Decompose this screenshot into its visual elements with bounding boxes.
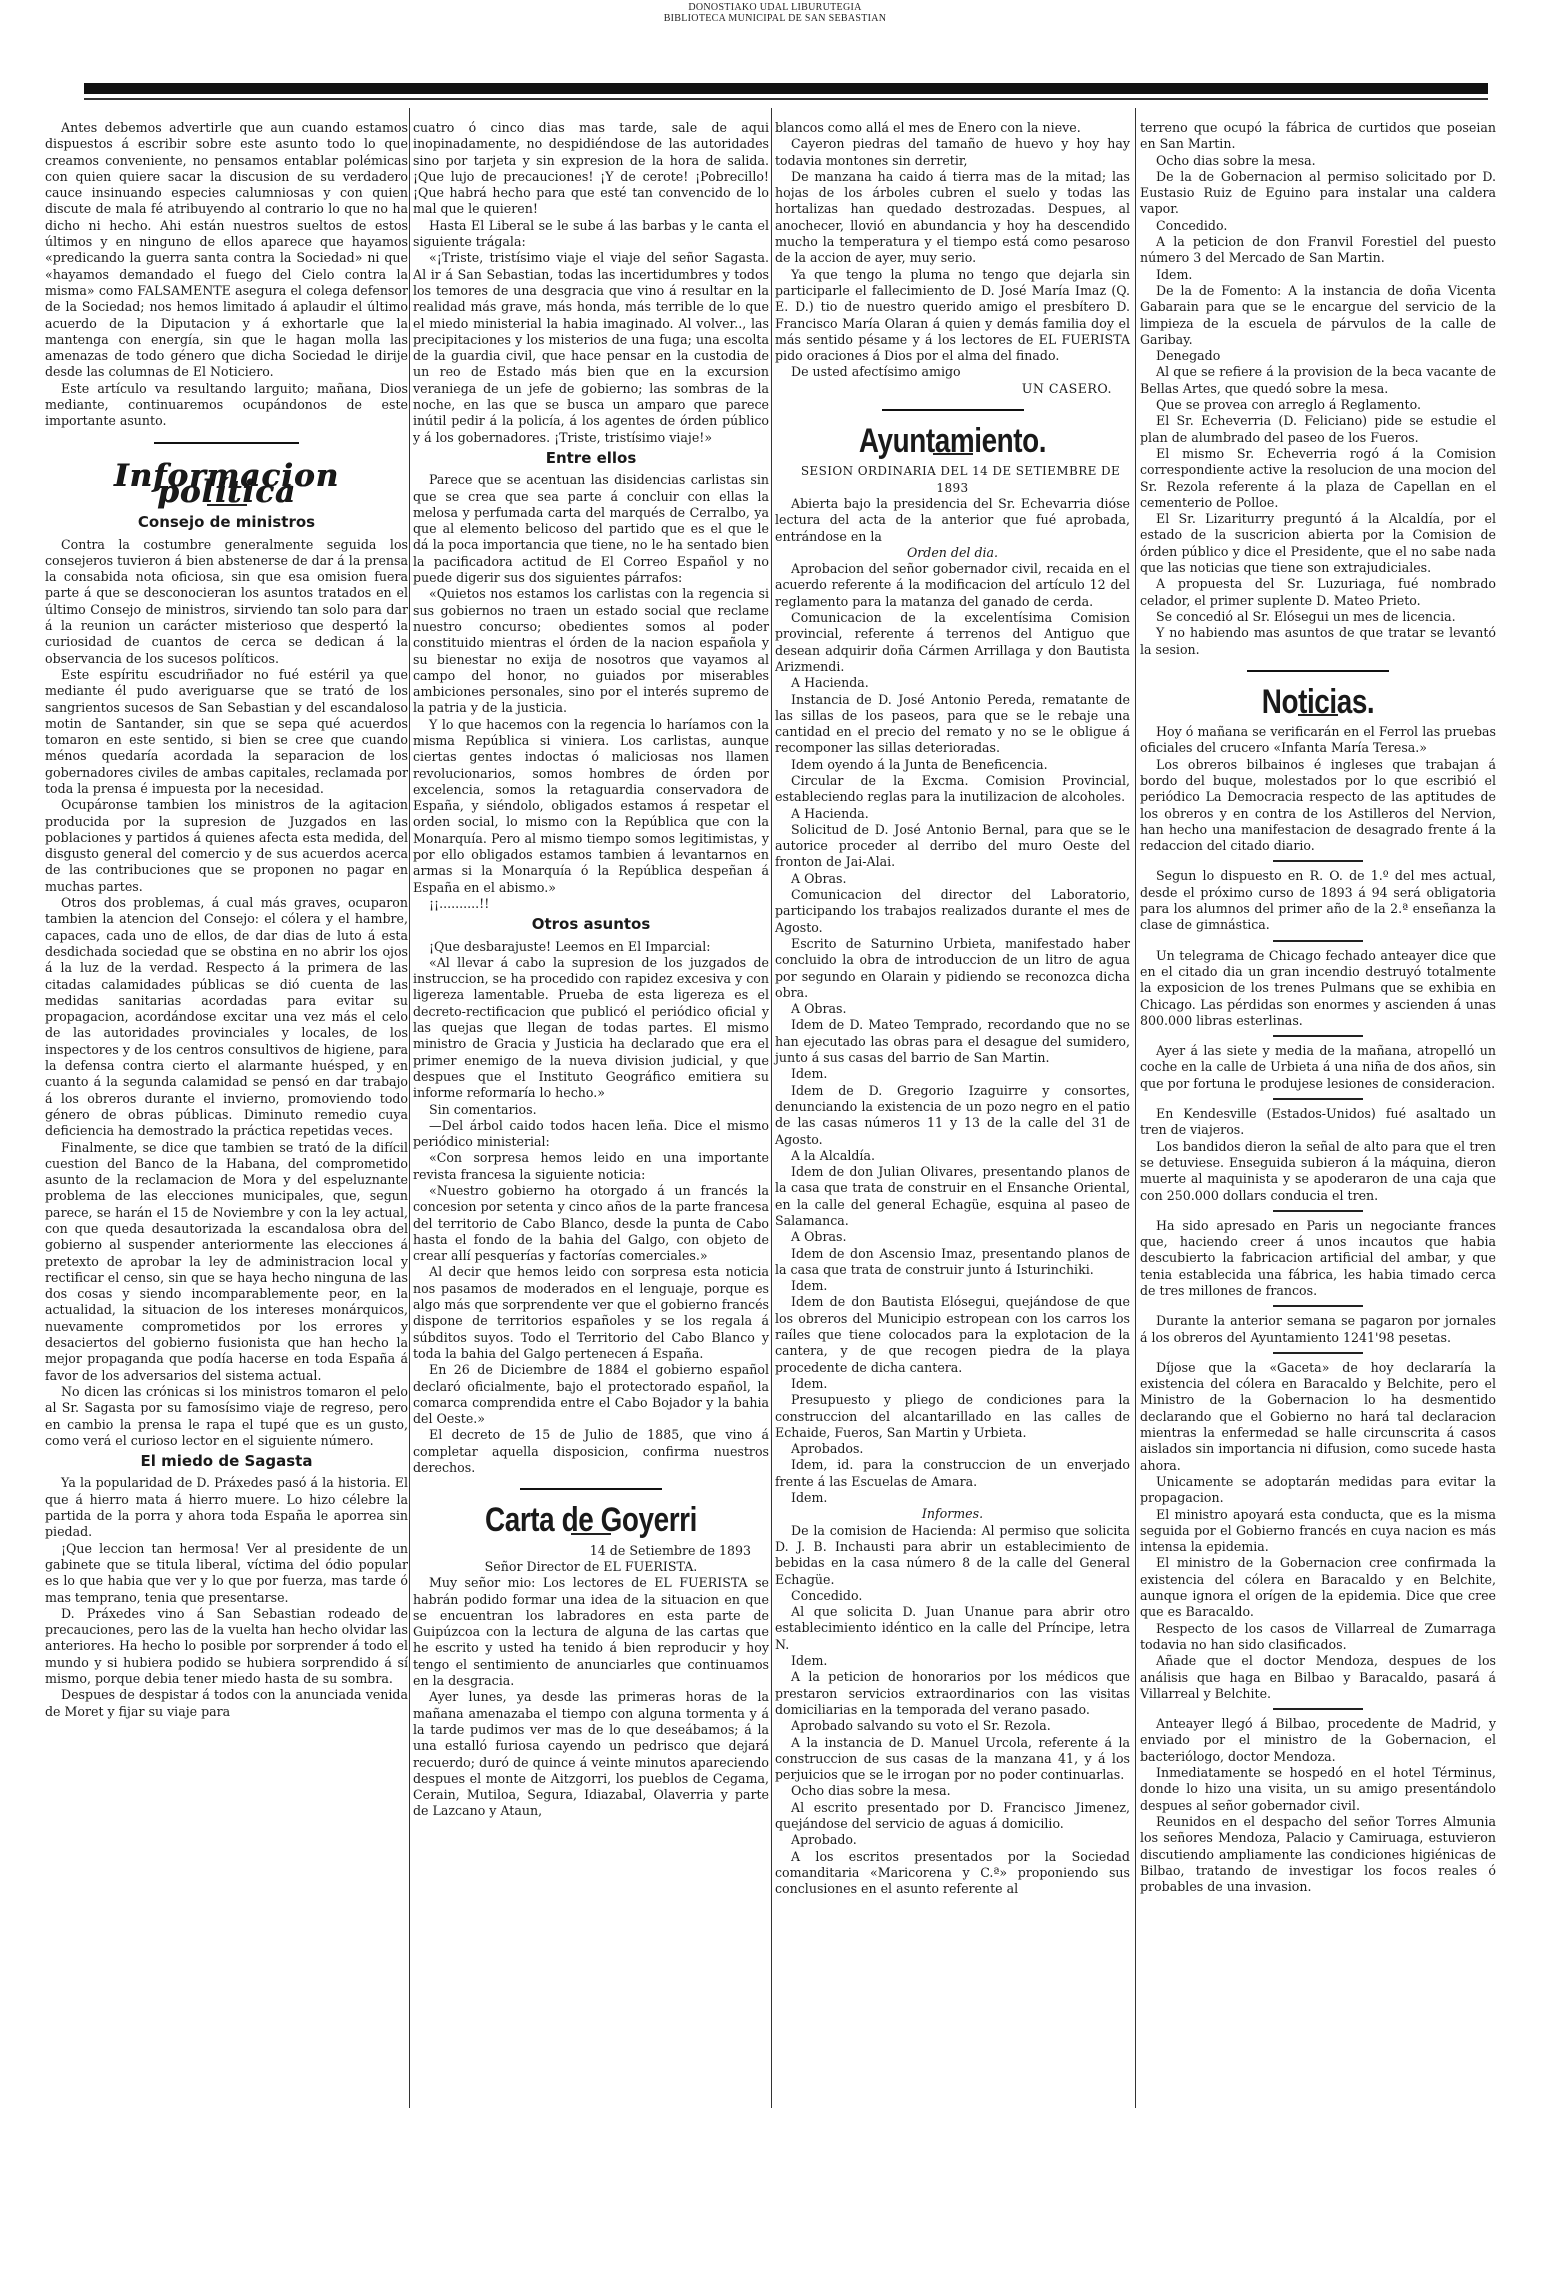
divider bbox=[1273, 860, 1363, 862]
paragraph: Despues de despistar á todos con la anun… bbox=[45, 1687, 408, 1720]
letter-date: 14 de Setiembre de 1893 bbox=[413, 1543, 769, 1559]
agenda-item: Presupuesto y pliego de condiciones para… bbox=[775, 1392, 1130, 1441]
agenda-item: Aprobacion del señor gobernador civil, r… bbox=[775, 561, 1130, 610]
letter-signature: UN CASERO. bbox=[775, 381, 1130, 397]
agenda-item: De la comision de Hacienda: Al permiso q… bbox=[775, 1523, 1130, 1588]
news-item: Ha sido apresado en Paris un negociante … bbox=[1140, 1218, 1496, 1299]
agenda-item: El mismo Sr. Echeverria rogó á la Comisi… bbox=[1140, 446, 1496, 511]
news-item: Segun lo dispuesto en R. O. de 1.º del m… bbox=[1140, 868, 1496, 933]
news-item: Hoy ó mañana se verificarán en el Ferrol… bbox=[1140, 724, 1496, 757]
news-item: Inmediatamente se hospedó en el hotel Té… bbox=[1140, 1765, 1496, 1814]
heading-carta-de-goyerri: Carta de Goyerri bbox=[445, 1512, 737, 1528]
agenda-item: Circular de la Excma. Comision Provincia… bbox=[775, 773, 1130, 806]
agenda-item: A la peticion de don Franvil Forestiel d… bbox=[1140, 234, 1496, 267]
agenda-item: Escrito de Saturnino Urbieta, manifestad… bbox=[775, 936, 1130, 1001]
agenda-item: Idem de don Bautista Elósegui, quejándos… bbox=[775, 1294, 1130, 1375]
paragraph: De manzana ha caido á tierra mas de la m… bbox=[775, 169, 1130, 267]
divider bbox=[1273, 1708, 1363, 1710]
quotation: «¡Triste, tristísimo viaje el viaje del … bbox=[413, 250, 769, 446]
paragraph: Parece que se acentuan las disidencias c… bbox=[413, 472, 769, 586]
news-item: Un telegrama de Chicago fechado anteayer… bbox=[1140, 948, 1496, 1029]
agenda-item: Comunicacion de la excelentísima Comisio… bbox=[775, 610, 1130, 675]
paragraph: El decreto de 15 de Julio de 1885, que v… bbox=[413, 1427, 769, 1476]
paragraph: Finalmente, se dice que tambien se trató… bbox=[45, 1140, 408, 1384]
section-title-informacion-politica: Informacion política bbox=[45, 468, 408, 501]
agenda-item: A Obras. bbox=[775, 1229, 1130, 1245]
library-name-spanish: BIBLIOTECA MUNICIPAL DE SAN SEBASTIAN bbox=[0, 13, 1550, 24]
quotation: «Nuestro gobierno ha otorgado á un franc… bbox=[413, 1183, 769, 1264]
agenda-item: A Hacienda. bbox=[775, 806, 1130, 822]
paragraph: Contra la costumbre generalmente seguida… bbox=[45, 537, 408, 667]
agenda-item: Comunicacion del director del Laboratori… bbox=[775, 887, 1130, 936]
agenda-item: Aprobados. bbox=[775, 1441, 1130, 1457]
agenda-item: Idem. bbox=[775, 1066, 1130, 1082]
agenda-item: A la instancia de D. Manuel Urcola, refe… bbox=[775, 1735, 1130, 1784]
paragraph: Ya que tengo la pluma no tengo que dejar… bbox=[775, 267, 1130, 365]
paragraph: Ya la popularidad de D. Práxedes pasó á … bbox=[45, 1475, 408, 1540]
heading-consejo-ministros: Consejo de ministros bbox=[45, 514, 408, 530]
agenda-items: Aprobacion del señor gobernador civil, r… bbox=[775, 561, 1130, 1506]
agenda-item: De la de Gobernacion al permiso solicita… bbox=[1140, 169, 1496, 218]
news-item: El ministro de la Gobernacion cree confi… bbox=[1140, 1555, 1496, 1620]
paragraph: En 26 de Diciembre de 1884 el gobierno e… bbox=[413, 1362, 769, 1427]
agenda-item: Idem de don Ascensio Imaz, presentando p… bbox=[775, 1246, 1130, 1279]
divider bbox=[1273, 1210, 1363, 1212]
session-title: SESION ORDINARIA DEL 14 DE SETIEMBRE DE … bbox=[775, 463, 1130, 496]
heading-noticias: Noticias. bbox=[1172, 694, 1464, 710]
divider bbox=[1273, 1035, 1363, 1037]
ornament-divider bbox=[775, 403, 1130, 417]
paragraph: D. Práxedes vino á San Sebastian rodeado… bbox=[45, 1606, 408, 1687]
agenda-item: A propuesta del Sr. Luzuriaga, fué nombr… bbox=[1140, 576, 1496, 609]
agenda-item: Idem de D. Mateo Temprado, recordando qu… bbox=[775, 1017, 1130, 1066]
agenda-item: Al escrito presentado por D. Francisco J… bbox=[775, 1800, 1130, 1833]
agenda-item: A los escritos presentados por la Socied… bbox=[775, 1849, 1130, 1898]
paragraph: blancos como allá el mes de Enero con la… bbox=[775, 120, 1130, 136]
paragraph: Abierta bajo la presidencia del Sr. Eche… bbox=[775, 496, 1130, 545]
agenda-item: De la de Fomento: A la instancia de doña… bbox=[1140, 283, 1496, 348]
agenda-item: Concedido. bbox=[775, 1588, 1130, 1604]
agenda-item: A Obras. bbox=[775, 1001, 1130, 1017]
agenda-item: Idem oyendo á la Junta de Beneficencia. bbox=[775, 757, 1130, 773]
library-name-basque: DONOSTIAKO UDAL LIBURUTEGIA bbox=[0, 2, 1550, 13]
paragraph: —Del árbol caido todos hacen leña. Dice … bbox=[413, 1118, 769, 1151]
paragraph: De usted afectísimo amigo bbox=[775, 364, 1130, 380]
heading-ayuntamiento: Ayuntamiento. bbox=[807, 433, 1098, 449]
orden-del-dia-heading: Orden del dia. bbox=[775, 545, 1130, 561]
heading-otros-asuntos: Otros asuntos bbox=[413, 916, 769, 932]
agenda-item: Aprobado. bbox=[775, 1832, 1130, 1848]
paragraph: Antes debemos advertirle que aun cuando … bbox=[45, 120, 408, 381]
agenda-item: A la Alcaldía. bbox=[775, 1148, 1130, 1164]
column-2: cuatro ó cinco dias mas tarde, sale de a… bbox=[413, 120, 769, 1820]
news-item: Respecto de los casos de Villarreal de Z… bbox=[1140, 1621, 1496, 1654]
news-item: Durante la anterior semana se pagaron po… bbox=[1140, 1313, 1496, 1346]
agenda-item: Aprobado salvando su voto el Sr. Rezola. bbox=[775, 1718, 1130, 1734]
paragraph: Ayer lunes, ya desde las primeras horas … bbox=[413, 1689, 769, 1819]
agenda-item: Idem. bbox=[775, 1376, 1130, 1392]
divider bbox=[1273, 1305, 1363, 1307]
agenda-item: Idem. bbox=[1140, 267, 1496, 283]
column-rule bbox=[771, 108, 772, 2108]
news-item: El ministro apoyará esta conducta, que e… bbox=[1140, 1507, 1496, 1556]
column-rule bbox=[1135, 108, 1136, 2108]
agenda-items-continued: terreno que ocupó la fábrica de curtidos… bbox=[1140, 120, 1496, 658]
agenda-item: Y no habiendo mas asuntos de que tratar … bbox=[1140, 625, 1496, 658]
masthead-rule bbox=[84, 83, 1488, 94]
column-3: blancos como allá el mes de Enero con la… bbox=[775, 120, 1130, 1897]
agenda-item: Instancia de D. José Antonio Pereda, rem… bbox=[775, 692, 1130, 757]
paragraph: Este espíritu escudriñador no fué estéri… bbox=[45, 667, 408, 797]
informes-heading: Informes. bbox=[775, 1506, 1130, 1522]
informes-items: De la comision de Hacienda: Al permiso q… bbox=[775, 1523, 1130, 1898]
agenda-item: Idem. bbox=[775, 1278, 1130, 1294]
column-rule bbox=[409, 108, 410, 2108]
paragraph: Muy señor mio: Los lectores de EL FUERIS… bbox=[413, 1575, 769, 1689]
agenda-item: El Sr. Echeverria (D. Feliciano) pide se… bbox=[1140, 413, 1496, 446]
agenda-item: terreno que ocupó la fábrica de curtidos… bbox=[1140, 120, 1496, 153]
column-1: Antes debemos advertirle que aun cuando … bbox=[45, 120, 408, 1720]
quotation: «Quietos nos estamos los carlistas con l… bbox=[413, 586, 769, 716]
heading-entre-ellos: Entre ellos bbox=[413, 450, 769, 466]
agenda-item: Concedido. bbox=[1140, 218, 1496, 234]
news-item: Añade que el doctor Mendoza, despues de … bbox=[1140, 1653, 1496, 1702]
paragraph: Otros dos problemas, á cual más graves, … bbox=[45, 895, 408, 1139]
agenda-item: Idem de D. Gregorio Izaguirre y consorte… bbox=[775, 1083, 1130, 1148]
agenda-item: A Hacienda. bbox=[775, 675, 1130, 691]
paragraph: ¡Que leccion tan hermosa! Ver al preside… bbox=[45, 1541, 408, 1606]
paragraph: Ocupáronse tambien los ministros de la a… bbox=[45, 797, 408, 895]
agenda-item: Ocho dias sobre la mesa. bbox=[1140, 153, 1496, 169]
news-item: Los bandidos dieron la señal de alto par… bbox=[1140, 1139, 1496, 1204]
news-item: En Kendesville (Estados-Unidos) fué asal… bbox=[1140, 1106, 1496, 1139]
agenda-item: A la peticion de honorarios por los médi… bbox=[775, 1669, 1130, 1718]
news-item: Reunidos en el despacho del señor Torres… bbox=[1140, 1814, 1496, 1895]
quotation: «Al llevar á cabo la supresion de los ju… bbox=[413, 955, 769, 1102]
paragraph: ¡¡..........!! bbox=[413, 896, 769, 912]
column-4: terreno que ocupó la fábrica de curtidos… bbox=[1140, 120, 1496, 1895]
agenda-item: Idem de don Julian Olivares, presentando… bbox=[775, 1164, 1130, 1229]
paragraph: ¡Que desbarajuste! Leemos en El Imparcia… bbox=[413, 939, 769, 955]
quotation: «Con sorpresa hemos leido en una importa… bbox=[413, 1150, 769, 1183]
news-item: Unicamente se adoptarán medidas para evi… bbox=[1140, 1474, 1496, 1507]
ornament-divider bbox=[413, 1482, 769, 1496]
news-item: Ayer á las siete y media de la mañana, a… bbox=[1140, 1043, 1496, 1092]
paragraph: Cayeron piedras del tamaño de huevo y ho… bbox=[775, 136, 1130, 169]
agenda-item: Se concedió al Sr. Elósegui un mes de li… bbox=[1140, 609, 1496, 625]
paragraph: cuatro ó cinco dias mas tarde, sale de a… bbox=[413, 120, 769, 218]
ornament-divider bbox=[1140, 664, 1496, 678]
divider bbox=[1273, 940, 1363, 942]
agenda-item: Que se provea con arreglo á Reglamento. bbox=[1140, 397, 1496, 413]
library-header: DONOSTIAKO UDAL LIBURUTEGIA BIBLIOTECA M… bbox=[0, 2, 1550, 24]
agenda-item: Al que se refiere á la provision de la b… bbox=[1140, 364, 1496, 397]
agenda-item: Denegado bbox=[1140, 348, 1496, 364]
paragraph: Al decir que hemos leido con sorpresa es… bbox=[413, 1264, 769, 1362]
paragraph: Hasta El Liberal se le sube á las barbas… bbox=[413, 218, 769, 251]
agenda-item: Idem. bbox=[775, 1653, 1130, 1669]
agenda-item: El Sr. Lizariturry preguntó á la Alcaldí… bbox=[1140, 511, 1496, 576]
paragraph: Este artículo va resultando larguito; ma… bbox=[45, 381, 408, 430]
paragraph: No dicen las crónicas si los ministros t… bbox=[45, 1384, 408, 1449]
agenda-item: Ocho dias sobre la mesa. bbox=[775, 1783, 1130, 1799]
letter-salutation: Señor Director de EL FUERISTA. bbox=[413, 1559, 769, 1575]
news-item: Anteayer llegó á Bilbao, procedente de M… bbox=[1140, 1716, 1496, 1765]
paragraph: Sin comentarios. bbox=[413, 1102, 769, 1118]
agenda-item: Solicitud de D. José Antonio Bernal, par… bbox=[775, 822, 1130, 871]
divider bbox=[1273, 1098, 1363, 1100]
heading-miedo-sagasta: El miedo de Sagasta bbox=[45, 1453, 408, 1469]
agenda-item: Idem, id. para la construccion de un env… bbox=[775, 1457, 1130, 1490]
news-item: Díjose que la «Gaceta» de hoy declararía… bbox=[1140, 1360, 1496, 1474]
divider bbox=[1273, 1352, 1363, 1354]
agenda-item: Al que solicita D. Juan Unanue para abri… bbox=[775, 1604, 1130, 1653]
quotation: Y lo que hacemos con la regencia lo harí… bbox=[413, 717, 769, 896]
news-item: Los obreros bilbainos é ingleses que tra… bbox=[1140, 757, 1496, 855]
ornament-divider bbox=[45, 436, 408, 450]
agenda-item: Idem. bbox=[775, 1490, 1130, 1506]
agenda-item: A Obras. bbox=[775, 871, 1130, 887]
